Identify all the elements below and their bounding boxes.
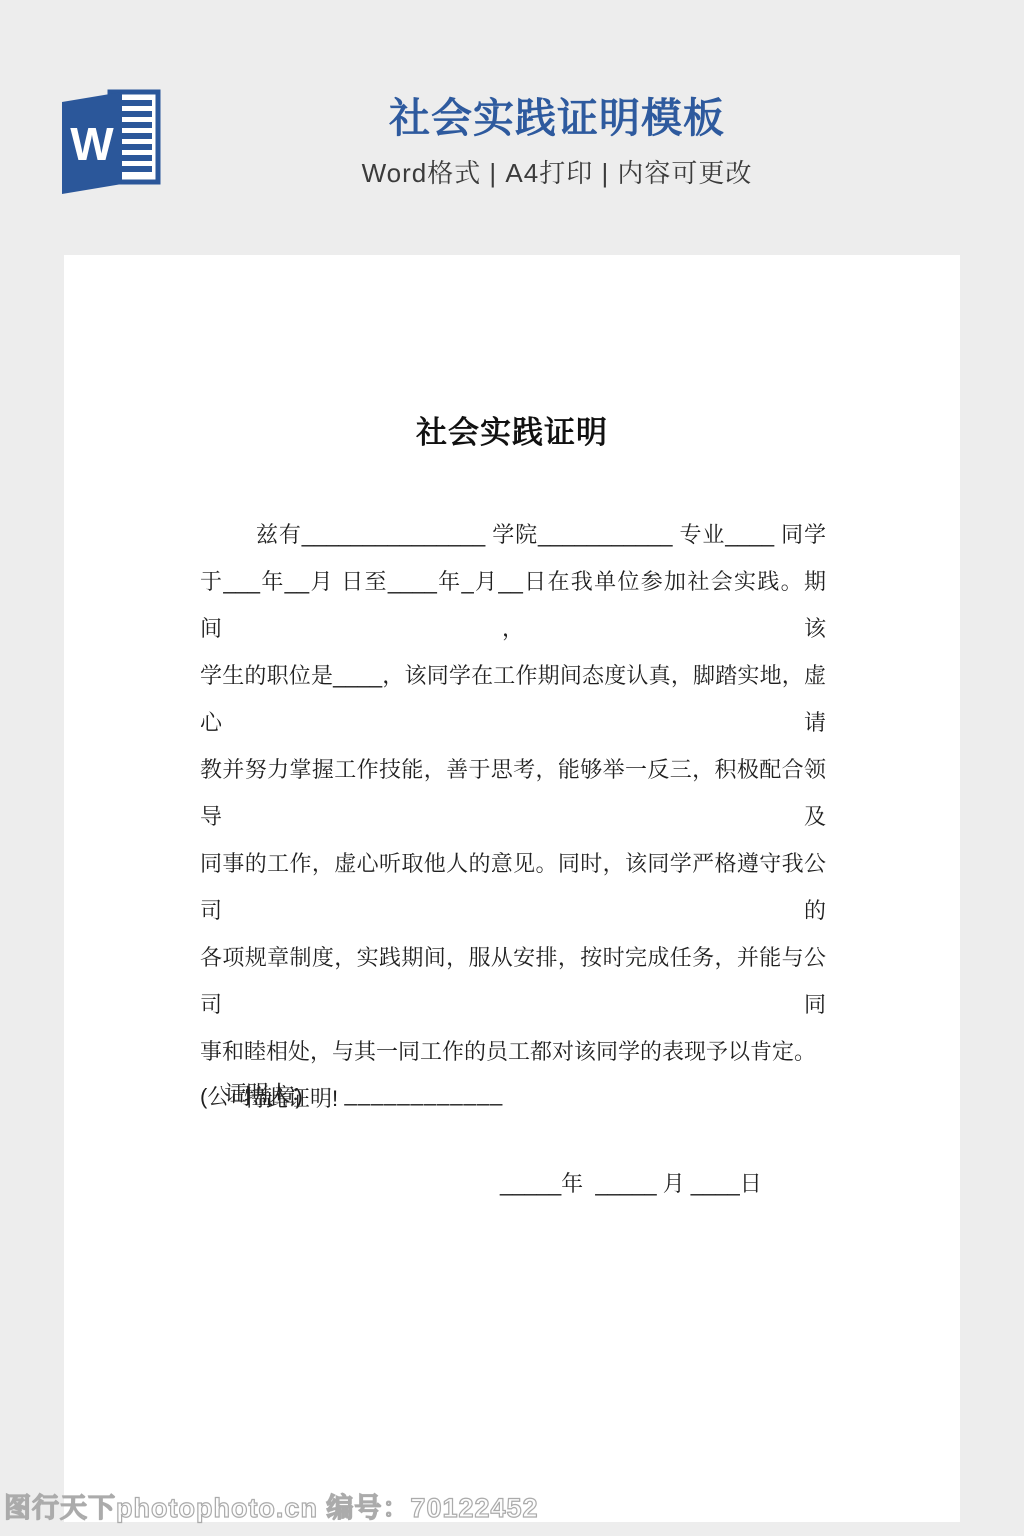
paragraph-line: 同事的工作，虚心听取他人的意见。同时，该同学严格遵守我公司的 xyxy=(200,840,826,934)
header-text-block: 社会实践证明模板 Word格式 | A4打印 | 内容可更改 xyxy=(45,94,1024,190)
paragraph-line: 教并努力掌握工作技能，善于思考，能够举一反三，积极配合领导及 xyxy=(200,746,826,840)
paragraph-line: 于___年__月 日至____年_月__日在我单位参加社会实践。期间，该 xyxy=(200,558,826,652)
paragraph-line: 各项规章制度，实践期间，服从安排，按时完成任务，并能与公司同 xyxy=(200,934,826,1028)
watermark: 图行天下photophoto.cn 编号：70122452 xyxy=(4,1486,539,1525)
date-line: _____年 _____ 月 ____日 xyxy=(200,1160,1024,1207)
document-page: 社会实践证明 兹有_______________ 学院___________ 专… xyxy=(64,255,960,1522)
company-seal-note: (公司盖章) xyxy=(200,1073,303,1120)
page-background: { "header": { "title": "社会实践证明模板", "subt… xyxy=(0,0,1024,1536)
document-title: 社会实践证明 xyxy=(64,407,960,452)
paragraph-line: 兹有_______________ 学院___________ 专业____ 同… xyxy=(200,511,826,558)
template-title: 社会实践证明模板 xyxy=(45,94,1024,143)
paragraph-line: 学生的职位是____，该同学在工作期间态度认真，脚踏实地，虚心请 xyxy=(200,652,826,746)
template-subtitle: Word格式 | A4打印 | 内容可更改 xyxy=(45,153,1024,190)
template-header: W 社会实践证明模板 Word格式 | A4打印 | 内容可更改 xyxy=(0,0,1024,255)
certifier-blank: ____________ xyxy=(344,1081,503,1106)
